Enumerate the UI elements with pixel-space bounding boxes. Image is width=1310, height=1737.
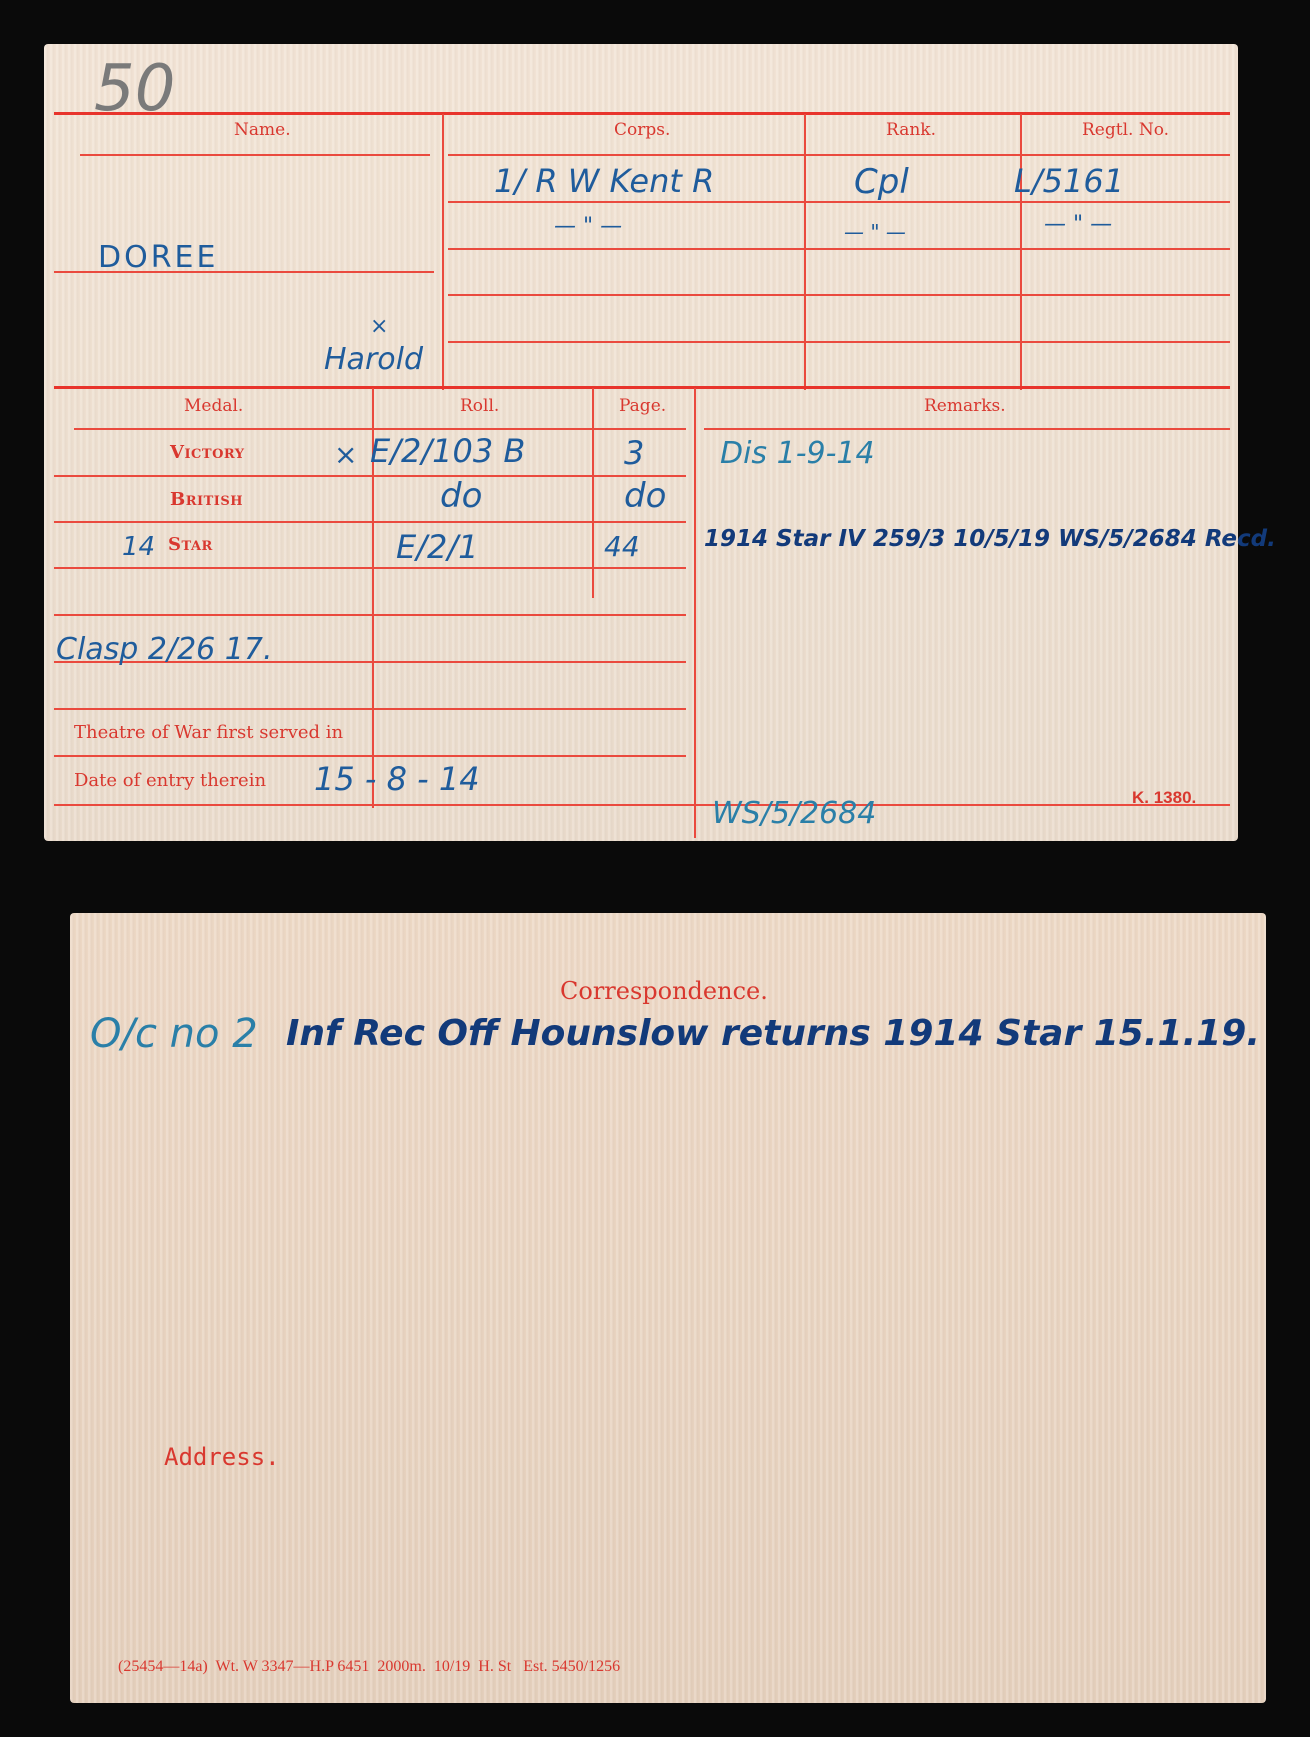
date-entry-label: Date of entry therein [74,770,266,791]
regtl-no-value: L/5161 [1014,162,1124,200]
rule [704,428,1230,430]
remarks-line-2: 1914 Star IV 259/3 10/5/19 WS/5/2684 Rec… [704,526,1276,552]
page-value: 3 [624,434,644,472]
rule [448,154,1230,156]
roll-mark: × [334,438,357,471]
remarks-line-1: Dis 1-9-14 [720,436,875,471]
rule [54,475,686,477]
rule [54,567,686,569]
clasp-note: Clasp 2/26 17. [56,632,273,667]
rule [448,248,1230,250]
remarks-bottom: WS/5/2684 [712,796,876,831]
header-remarks: Remarks. [924,396,1006,416]
printer-line: (25454—14a) Wt. W 3347—H.P 6451 2000m. 1… [118,1658,620,1676]
page-value: 44 [604,530,640,563]
rule [74,428,686,430]
rule [80,154,430,156]
corps-value: 1/ R W Kent R [494,162,714,200]
header-page: Page. [619,396,666,416]
roll-value: do [440,476,482,516]
roll-value: E/2/1 [396,528,479,566]
medal-label: British [170,489,243,510]
rule [54,521,686,523]
medal-index-card-back: Correspondence. O/c no 2 Inf Rec Off Hou… [70,913,1266,1703]
rule [54,804,1230,806]
forename-mark: × [370,314,388,339]
correspondence-label: Correspondence. [560,977,768,1005]
rule [54,755,686,757]
rank-value: Cpl [854,162,909,202]
surname: DOREE [98,240,218,275]
rule [448,294,1230,296]
address-label: Address. [164,1443,280,1471]
rule-middle [54,386,1230,389]
divider [694,388,696,838]
header-medal: Medal. [184,396,243,416]
medal-prefix: 14 [122,532,155,562]
rank-ditto: — " — [844,220,906,244]
medal-label: Victory [170,442,245,463]
rule [54,708,686,710]
correspondence-text: Inf Rec Off Hounslow returns 1914 Star 1… [286,1013,1260,1054]
header-roll: Roll. [460,396,499,416]
medal-index-card-front: 50 Name. Corps. Rank. Regtl. No. DOREE ×… [44,44,1238,841]
header-rank: Rank. [886,120,936,140]
medal-label: Star [168,534,213,555]
date-entry-value: 15 - 8 - 14 [314,760,480,798]
divider [442,114,444,390]
page-value: do [624,476,666,516]
rule [54,614,686,616]
corps-ditto: — " — [554,214,622,239]
header-corps: Corps. [614,120,670,140]
rule-top [54,112,1230,115]
correspondence-prefix: O/c no 2 [90,1011,258,1057]
roll-value: E/2/103 B [370,432,525,470]
theatre-label: Theatre of War first served in [74,722,343,743]
rule [448,201,1230,203]
form-code: K. 1380. [1132,788,1196,808]
header-name: Name. [234,120,291,140]
forename: Harold [324,342,423,377]
rule [448,341,1230,343]
header-regtl-no: Regtl. No. [1082,120,1169,140]
regtl-no-ditto: — " — [1044,212,1112,237]
